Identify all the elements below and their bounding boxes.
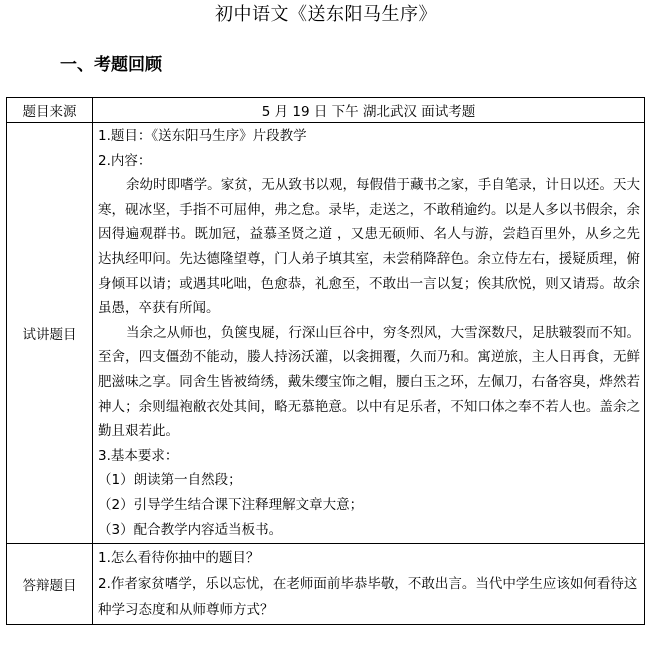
defense-question-1: 1.怎么看待你抽中的题目？ [98, 545, 640, 571]
table-row-lecture: 试讲题目 1.题目：《送东阳马生序》片段教学 2.内容： 余幼时即嗜学。家贫，无… [7, 123, 645, 544]
defense-question-2: 2.作者家贫嗜学，乐以忘忧，在老师面前毕恭毕敬，不敢出言。当代中学生应该如何看待… [98, 571, 640, 623]
table-row-defense: 答辩题目 1.怎么看待你抽中的题目？ 2.作者家贫嗜学，乐以忘忧，在老师面前毕恭… [7, 544, 645, 625]
requirement-item: （2）引导学生结合课下注释理解文章大意； [98, 493, 640, 518]
source-label: 题目来源 [7, 98, 93, 123]
requirement-item: （3）配合教学内容适当板书。 [98, 518, 640, 543]
requirements-heading: 3.基本要求： [98, 444, 640, 469]
passage-paragraph-1: 余幼时即嗜学。家贫，无从致书以观，每假借于藏书之家，手自笔录，计日以还。天大寒，… [98, 173, 640, 321]
source-value: 5 月 19 日 下午 湖北武汉 面试考题 [93, 98, 645, 123]
requirement-item: （1）朗读第一自然段； [98, 468, 640, 493]
section-heading: 一、考题回顾 [60, 52, 162, 78]
lecture-topic: 1.题目：《送东阳马生序》片段教学 [98, 124, 640, 149]
document-title: 初中语文《送东阳马生序》 [0, 2, 652, 28]
table-row-source: 题目来源 5 月 19 日 下午 湖北武汉 面试考题 [7, 98, 645, 123]
lecture-cell: 1.题目：《送东阳马生序》片段教学 2.内容： 余幼时即嗜学。家贫，无从致书以观… [93, 123, 645, 544]
defense-cell: 1.怎么看待你抽中的题目？ 2.作者家贫嗜学，乐以忘忧，在老师面前毕恭毕敬，不敢… [93, 544, 645, 625]
exam-table: 题目来源 5 月 19 日 下午 湖北武汉 面试考题 试讲题目 1.题目：《送东… [6, 97, 645, 625]
defense-label: 答辩题目 [7, 544, 93, 625]
lecture-label: 试讲题目 [7, 123, 93, 544]
passage-paragraph-2: 当余之从师也，负箧曳屣，行深山巨谷中，穷冬烈风，大雪深数尺，足肤皲裂而不知。至舍… [98, 321, 640, 444]
content-heading: 2.内容： [98, 149, 640, 174]
